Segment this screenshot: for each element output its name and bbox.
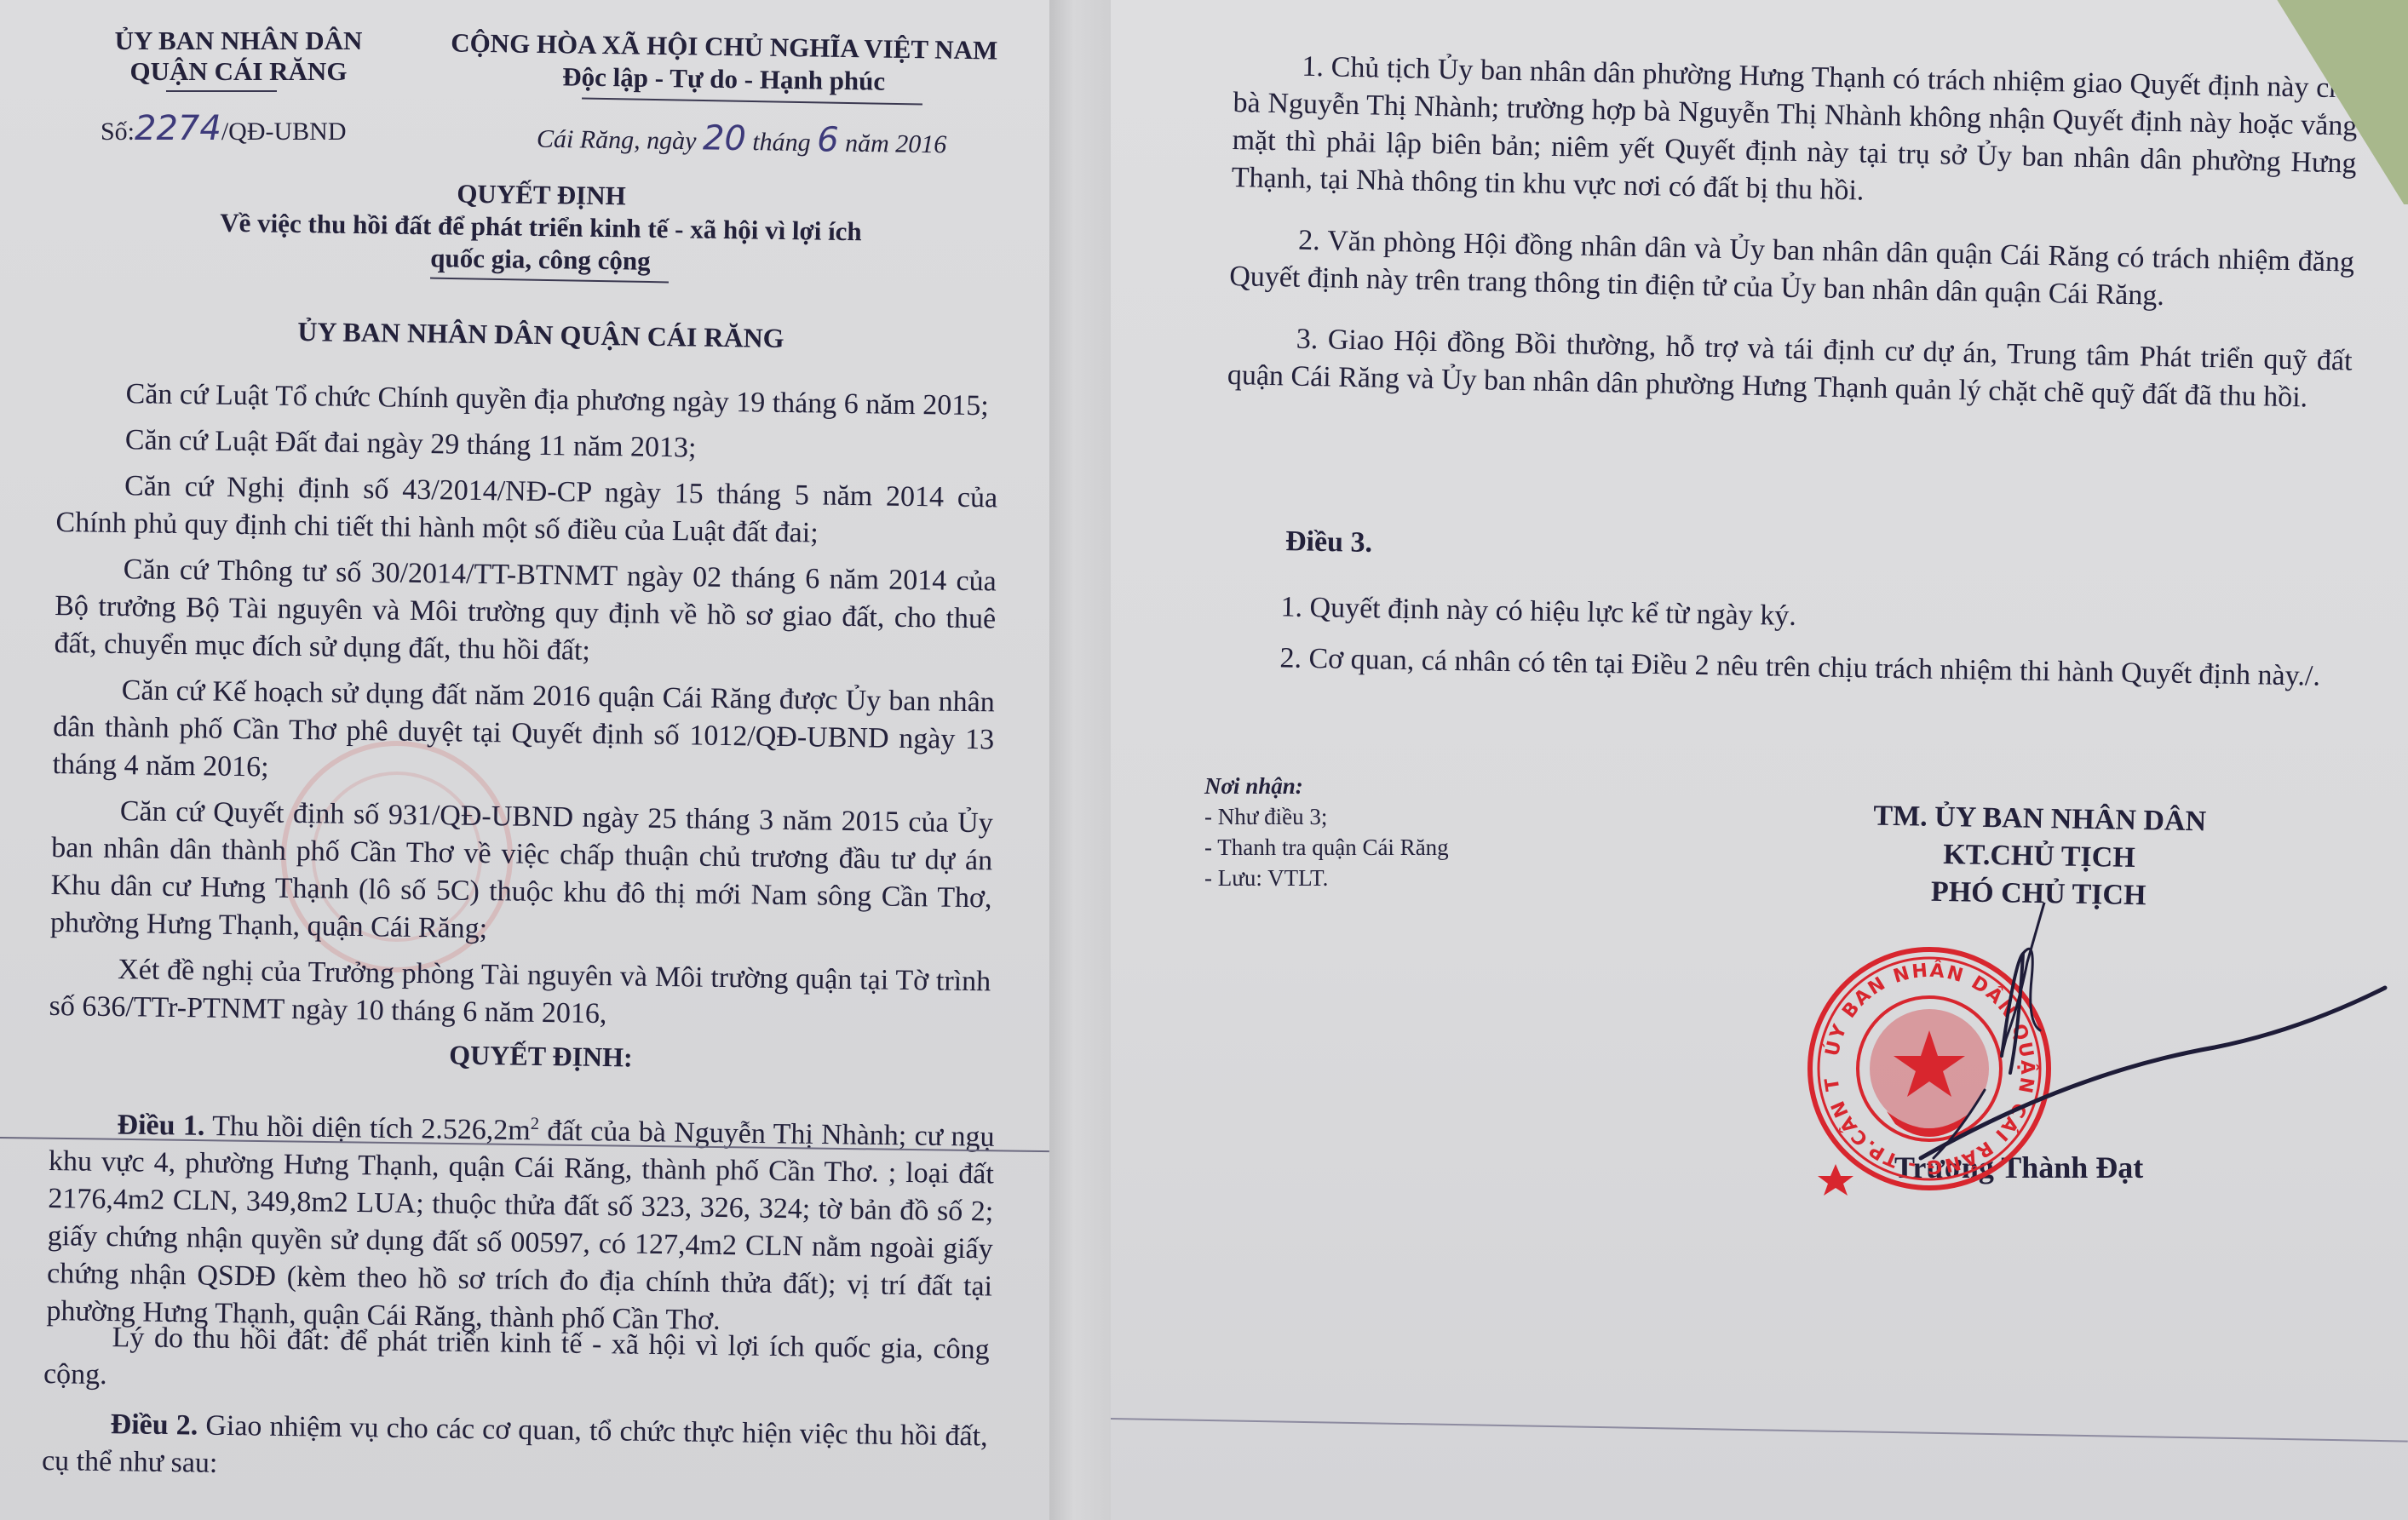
article-2-item: 3. Giao Hội đồng Bồi thường, hỗ trợ và t… (1227, 319, 2353, 418)
date-month-label: tháng (752, 128, 811, 157)
number-suffix: /QĐ-UBND (221, 118, 347, 146)
preamble-clause-text: Căn cứ Quyết định số 931/QĐ-UBND ngày 25… (50, 792, 993, 955)
recipient-item: - Thanh tra quận Cái Răng (1204, 832, 1449, 863)
recipients-heading: Nơi nhận: (1204, 771, 1449, 801)
preamble-clause: Căn cứ Nghị định số 43/2014/NĐ-CP ngày 1… (55, 467, 997, 554)
preamble-clause: Căn cứ Thông tư số 30/2014/TT-BTNMT ngày… (54, 550, 997, 675)
right-page: 1. Chủ tịch Ủy ban nhân dân phường Hưng … (1111, 0, 2408, 1520)
national-header: CỘNG HÒA XÃ HỘI CHỦ NGHĨA VIỆT NAM Độc l… (434, 26, 1014, 99)
number-handwritten: 2274 (135, 109, 221, 148)
preamble-clause: Căn cứ Luật Đất đai ngày 29 tháng 11 năm… (57, 421, 999, 471)
preamble-clause: Căn cứ Luật Tổ chức Chính quyền địa phươ… (57, 375, 999, 425)
article-3-item-text: 2. Cơ quan, cá nhân có tên tại Điều 2 nê… (1211, 639, 2349, 696)
date-prefix: Cái Răng, ngày (537, 125, 697, 156)
recipient-item: - Lưu: VTLT. (1204, 863, 1449, 893)
recipient-item: - Như điều 3; (1204, 801, 1449, 832)
article-3-items: 1. Quyết định này có hiệu lực kể từ ngày… (1211, 588, 2350, 709)
article-2: Điều 2. Giao nhiệm vụ cho các cơ quan, t… (42, 1405, 988, 1493)
issuer-header: ỦY BAN NHÂN DÂN QUẬN CÁI RĂNG (102, 26, 375, 87)
preamble-clause: Căn cứ Kế hoạch sử dụng đất năm 2016 quậ… (52, 671, 995, 796)
preamble-clause-text: Căn cứ Nghị định số 43/2014/NĐ-CP ngày 1… (55, 467, 997, 554)
article-1: Điều 1. Thu hồi diện tích 2.526,2m2 đất … (46, 1098, 995, 1344)
article-2-label: Điều 2. (110, 1408, 198, 1441)
article-3-item: 2. Cơ quan, cá nhân có tên tại Điều 2 nê… (1211, 639, 2349, 696)
article-3-item-text: 1. Quyết định này có hiệu lực kể từ ngày… (1212, 588, 2350, 645)
article-2-item-text: 3. Giao Hội đồng Bồi thường, hỗ trợ và t… (1227, 319, 2353, 418)
left-page: ỦY BAN NHÂN DÂN QUẬN CÁI RĂNG Số:2274/QĐ… (0, 0, 1049, 1520)
issuer-line1: ỦY BAN NHÂN DÂN (102, 26, 375, 56)
signature-line1: TM. ỦY BAN NHÂN DÂN (1835, 797, 2244, 841)
recipients-list: - Như điều 3;- Thanh tra quận Cái Răng- … (1204, 801, 1449, 893)
reason-text: Lý do thu hồi đất: để phát triển kinh tế… (43, 1318, 990, 1406)
date-month: 6 (817, 120, 839, 159)
article-3-label: Điều 3. (1285, 525, 1373, 559)
number-prefix: Số: (101, 118, 135, 146)
preamble-clause-text: Căn cứ Luật Đất đai ngày 29 tháng 11 năm… (57, 421, 999, 471)
article-2-item: 2. Văn phòng Hội đồng nhân dân và Ủy ban… (1229, 221, 2355, 319)
issuer-underline (166, 90, 277, 92)
issuer-line2: QUẬN CÁI RĂNG (102, 56, 375, 87)
issue-date: Cái Răng, ngày 20 tháng 6 năm 2016 (537, 117, 947, 162)
fold-line-right (1111, 1418, 2408, 1443)
preamble: Căn cứ Luật Tổ chức Chính quyền địa phươ… (49, 375, 999, 1047)
recipients-block: Nơi nhận: - Như điều 3;- Thanh tra quận … (1204, 771, 1449, 893)
article-1-label: Điều 1. (117, 1109, 204, 1141)
motto-underline (582, 98, 922, 106)
page-gutter (1049, 0, 1111, 1520)
signature-block: TM. ỦY BAN NHÂN DÂN KT.CHỦ TỊCH PHÓ CHỦ … (1834, 797, 2244, 916)
reason-paragraph: Lý do thu hồi đất: để phát triển kinh tế… (43, 1318, 990, 1406)
subtitle-underline (430, 278, 669, 284)
article-2-items: 1. Chủ tịch Ủy ban nhân dân phường Hưng … (1227, 47, 2359, 442)
preamble-clause-text: Căn cứ Kế hoạch sử dụng đất năm 2016 quậ… (52, 671, 995, 796)
signature-icon (1857, 903, 2402, 1209)
date-year: năm 2016 (845, 129, 947, 159)
preamble-clause: Căn cứ Quyết định số 931/QĐ-UBND ngày 25… (50, 792, 993, 955)
decision-title-block: QUYẾT ĐỊNH Về việc thu hồi đất để phát t… (204, 174, 878, 280)
date-day: 20 (703, 118, 747, 158)
article-2-item-text: 1. Chủ tịch Ủy ban nhân dân phường Hưng … (1231, 47, 2358, 221)
preamble-clause: Xét đề nghị của Trưởng phòng Tài nguyên … (49, 950, 991, 1038)
preamble-clause-text: Xét đề nghị của Trưởng phòng Tài nguyên … (49, 950, 991, 1038)
document-number: Số:2274/QĐ-UBND (101, 109, 347, 148)
preamble-clause-text: Căn cứ Luật Tổ chức Chính quyền địa phươ… (57, 375, 999, 425)
preamble-clause-text: Căn cứ Thông tư số 30/2014/TT-BTNMT ngày… (54, 550, 997, 675)
authority-heading: ỦY BAN NHÂN DÂN QUẬN CÁI RĂNG (204, 314, 877, 355)
article-3-item: 1. Quyết định này có hiệu lực kể từ ngày… (1212, 588, 2350, 645)
article-2-item: 1. Chủ tịch Ủy ban nhân dân phường Hưng … (1231, 47, 2358, 221)
article-2-item-text: 2. Văn phòng Hội đồng nhân dân và Ủy ban… (1229, 221, 2355, 319)
